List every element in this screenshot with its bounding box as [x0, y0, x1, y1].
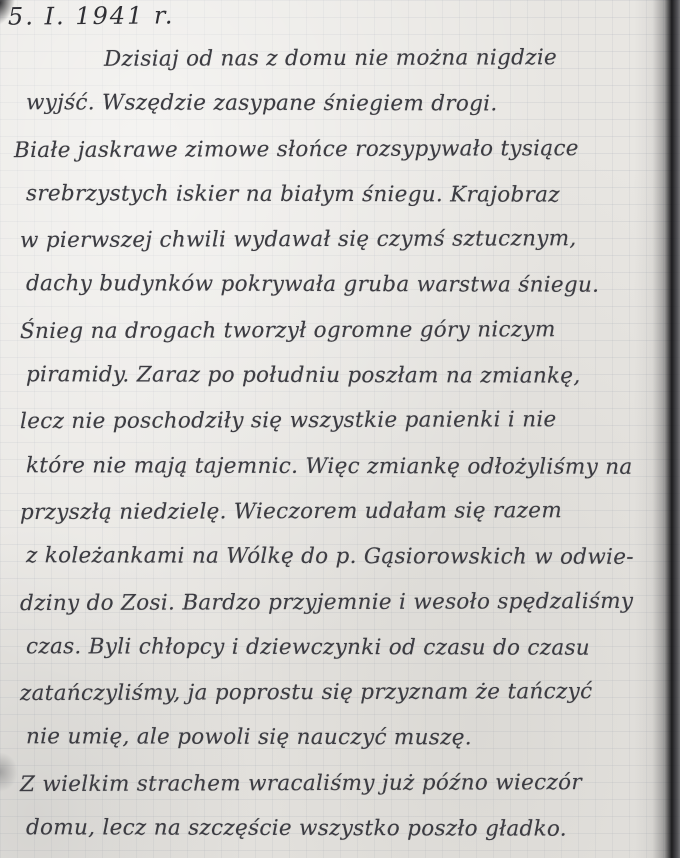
date-heading: 5. I. 1941 r.: [8, 1, 175, 30]
diary-line: lecz nie poschodziły się wszystkie panie…: [14, 397, 644, 444]
diary-line: domu, lecz na szczęście wszystko poszło …: [14, 805, 644, 852]
diary-line: wyjść. Wszędzie zasypane śniegiem drogi.: [14, 80, 644, 127]
diary-text-block: Dzisiaj od nas z domu nie można nigdzie …: [14, 36, 644, 851]
diary-line: Białe jaskrawe zimowe słońce rozsypywało…: [14, 125, 644, 172]
diary-line: Z wielkim strachem wracaliśmy już późno …: [14, 760, 644, 807]
diary-page: 5. I. 1941 r. Dzisiaj od nas z domu nie …: [0, 0, 680, 858]
diary-line: Dzisiaj od nas z domu nie można nigdzie: [14, 35, 644, 82]
diary-line: Śnieg na drogach tworzył ogromne góry ni…: [14, 307, 644, 354]
diary-line: dziny do Zosi. Bardzo przyjemnie i wesoł…: [14, 578, 644, 625]
diary-line: przyszłą niedzielę. Wieczorem udałam się…: [14, 488, 644, 535]
diary-line: które nie mają tajemnic. Więc zmiankę od…: [14, 443, 644, 490]
diary-line: czas. Byli chłopcy i dziewczynki od czas…: [14, 624, 644, 671]
diary-line: zatańczyliśmy, ja poprostu się przyznam …: [14, 669, 644, 716]
diary-line: dachy budynków pokrywała gruba warstwa ś…: [14, 262, 644, 309]
diary-line: w pierwszej chwili wydawał się czymś szt…: [14, 216, 644, 263]
diary-line: srebrzystych iskier na białym śniegu. Kr…: [14, 171, 644, 218]
diary-line: piramidy. Zaraz po południu poszłam na z…: [14, 352, 644, 399]
diary-line: z koleżankami na Wólkę do p. Gąsiorowski…: [14, 533, 644, 580]
diary-line: nie umię, ale powoli się nauczyć muszę.: [14, 715, 644, 762]
